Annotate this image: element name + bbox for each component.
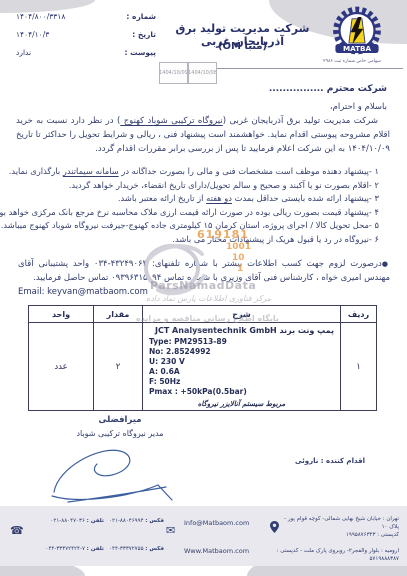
letter-date-value: ۱۴۰۴/۱۰/۳ bbox=[16, 30, 49, 39]
intro-paragraph: شرکت مدیریت تولید برق آذربایجان غربی (نی… bbox=[16, 114, 390, 156]
signer-name: میرافضلی bbox=[58, 415, 182, 425]
spec-frequency: F: 50Hz bbox=[149, 377, 334, 387]
item-4-text: ۴ -پیشنهاد قیمت بصورت ریالی بوده در صورت… bbox=[0, 207, 379, 217]
phone-icon: ☎ bbox=[10, 524, 24, 537]
stamp-date-2: 1404/10/08 bbox=[188, 62, 217, 84]
cell-description: پمپ ونت برند JCT Analysentechnik GmbH Ty… bbox=[143, 323, 341, 411]
item-2-text: ۲ -اقلام بصورت نو یا آکبند و صحیح و سالم… bbox=[69, 180, 379, 190]
condition-item-2: ۲ -اقلام بصورت نو یا آکبند و صحیح و سالم… bbox=[6, 179, 379, 193]
header-row-number: ردیف bbox=[341, 306, 377, 323]
letter-page: شماره : ۱۴۰۴/۸۰۰/۳۳۱۸ تاریخ : ۱۴۰۴/۱۰/۳ … bbox=[0, 0, 407, 576]
location-pin-icon bbox=[270, 521, 279, 536]
item-title: پمپ ونت برند JCT Analysentechnik GmbH bbox=[149, 326, 334, 335]
item-1-underline: سامانه سیماتندر bbox=[63, 166, 119, 176]
intro-plant-name: نیروگاه ترکیبی شوباد کهنوج bbox=[120, 116, 222, 126]
footer-fax-2: فکس : ۰۴۴-۳۳۳۷۲۷۵۵ bbox=[106, 546, 164, 552]
footer-address-tehran-postal: کدپستی : ۱۹۹۵۸۷۶۳۴۳ bbox=[281, 531, 399, 539]
cell-quantity: ۲ bbox=[94, 323, 143, 411]
letter-attachment-row: پیوست : ندارد bbox=[16, 48, 156, 66]
footer-website: Www.Matbaom.com bbox=[184, 547, 256, 555]
footer-fax-1: فکس : ۰۲۱-۸۸۰۴۶۹۹۴ bbox=[106, 518, 164, 524]
letter-attachment-value: ندارد bbox=[16, 48, 31, 57]
contact-paragraph: ●درصورت لزوم جهت کسب اطلاعات بیشتر با شم… bbox=[18, 257, 390, 285]
contact-phone-mobile: ۰۹۳۹۶۳۱۵۰۹۴ bbox=[111, 273, 161, 283]
spec-voltage: U: 230 V bbox=[149, 357, 334, 367]
spec-no: No: 2.8524992 bbox=[149, 347, 334, 357]
contact-post: تماس حاصل فرمایید. bbox=[33, 273, 111, 283]
condition-item-1: ۱ -پیشنهاد دهنده موظف است مشخصات فنی و م… bbox=[6, 165, 379, 179]
footer-tel-2-label: تلفن : bbox=[87, 546, 104, 552]
matba-logo-icon: MATBA bbox=[330, 6, 384, 64]
conditions-list: ۱ -پیشنهاد دهنده موظف است مشخصات فنی و م… bbox=[6, 165, 379, 247]
items-table: ردیف شرح مقدار واحد ۱ پمپ ونت برند JCT A… bbox=[28, 305, 377, 411]
item-3-post: از تاریخ ارائه معتبر باشد. bbox=[118, 193, 206, 203]
footer-tel-1: تلفن : ۰۲۱-۸۸۰۴۷۰۳۶ bbox=[26, 518, 104, 524]
footer-fax-2-value: ۰۴۴-۳۳۳۷۲۷۵۵ bbox=[109, 546, 143, 552]
item-1-text: ۱ -پیشنهاد دهنده موظف است مشخصات فنی و م… bbox=[119, 166, 379, 176]
footer-address-tehran: تهران : خیابان شیخ بهایی شمالی- کوچه قوا… bbox=[281, 515, 399, 539]
footer-fax-1-value: ۰۲۱-۸۸۰۴۶۹۹۴ bbox=[109, 518, 143, 524]
letter-number-value: ۱۴۰۴/۸۰۰/۳۳۱۸ bbox=[16, 12, 65, 21]
cell-unit: عدد bbox=[29, 323, 94, 411]
item-3-text: ۳ -پیشنهاد ارائه شده بایستی حداقل بمدت bbox=[232, 193, 379, 203]
table-row: ۱ پمپ ونت برند JCT Analysentechnik GmbH … bbox=[29, 323, 377, 411]
footer-tel-2: تلفن : ۰۴۴-۳۳۳۷۲۴۲۴-۷ bbox=[26, 546, 104, 552]
logo-wordmark: MATBA bbox=[343, 44, 372, 53]
letter-number-row: شماره : ۱۴۰۴/۸۰۰/۳۳۱۸ bbox=[16, 12, 156, 30]
handled-by: اقدام کننده : ناروئی bbox=[295, 457, 365, 465]
letter-number-label: شماره : bbox=[126, 12, 156, 21]
footer-tel-2-value: ۰۴۴-۳۳۳۷۲۴۲۴-۷ bbox=[45, 546, 84, 552]
envelope-icon: ✉ bbox=[166, 524, 175, 537]
contact-email: Email: keyvan@matbaom.com bbox=[18, 287, 148, 297]
footer-address-tehran-line: تهران : خیابان شیخ بهایی شمالی- کوچه قوا… bbox=[281, 515, 399, 531]
table-header-row: ردیف شرح مقدار واحد bbox=[29, 306, 377, 323]
contact-phone-office: ۰۳۴-۴۳۲۴۹۰۶۳ bbox=[94, 259, 147, 269]
item-1-post: بارگذاری نماید. bbox=[9, 166, 63, 176]
condition-item-4: ۴ -پیشنهاد قیمت بصورت ریالی بوده در صورت… bbox=[6, 206, 379, 220]
spec-type: Type: PM29513-89 bbox=[149, 337, 334, 347]
salutation: باسلام و احترام، bbox=[330, 102, 387, 112]
registration-line: سهامی خاص شماره ثبت ۲۹۸۶ bbox=[300, 59, 404, 64]
footer-address-urmia: ارومیه : بلوار والفجر۲- روبروی پارک ملت … bbox=[275, 547, 399, 563]
footer-fax-2-label: فکس : bbox=[145, 546, 164, 552]
spec-pressure: Pmax : +50kPa(0.5bar) bbox=[149, 387, 334, 397]
footer-email: Info@Matbaom.com bbox=[184, 519, 256, 527]
spec-current: A: 0.6A bbox=[149, 367, 334, 377]
condition-item-3: ۳ -پیشنهاد ارائه شده بایستی حداقل بمدت د… bbox=[6, 192, 379, 206]
footer-tel-1-value: ۰۲۱-۸۸۰۴۷۰۳۶ bbox=[50, 518, 84, 524]
recipient-line: شرکت محترم ................ bbox=[269, 84, 387, 94]
item-3-underline: دو هفته bbox=[206, 193, 232, 203]
header-quantity: مقدار bbox=[94, 306, 143, 323]
item-6-text: ۶ -نیروگاه در رد یا قبول هریک از پیشنهاد… bbox=[172, 234, 379, 244]
watermark-line-1: مرکز فناوری اطلاعات پارس نماد داده bbox=[146, 294, 271, 303]
contact-pre: درصورت لزوم جهت کسب اطلاعات بیشتر با شما… bbox=[147, 259, 382, 269]
condition-item-6: ۶ -نیروگاه در رد یا قبول هریک از پیشنهاد… bbox=[6, 233, 379, 247]
letter-meta: شماره : ۱۴۰۴/۸۰۰/۳۳۱۸ تاریخ : ۱۴۰۴/۱۰/۳ … bbox=[16, 12, 156, 66]
condition-item-5: ۵ -محل تحویل کالا / اجرای پروژه، استان ک… bbox=[6, 219, 379, 233]
signer-title: مدیر نیروگاه ترکیبی شوباد bbox=[40, 429, 200, 438]
item-5-text: ۵ -محل تحویل کالا / اجرای پروژه، استان ک… bbox=[1, 220, 379, 230]
signature-scribble-icon bbox=[38, 440, 178, 516]
bullet-icon: ● bbox=[382, 260, 390, 268]
item-note: مربوط سیستم آنالایزر نیروگاه bbox=[149, 400, 334, 408]
footer-fax-1-label: فکس : bbox=[145, 518, 164, 524]
company-subtitle: (متبا OM) bbox=[150, 41, 335, 52]
letter-date-row: تاریخ : ۱۴۰۴/۱۰/۳ bbox=[16, 30, 156, 48]
stamp-date-boxes: 1404/10/09 1404/10/08 bbox=[159, 62, 217, 84]
stamp-date-1: 1404/10/09 bbox=[159, 62, 188, 84]
intro-pre: شرکت مدیریت تولید برق آذربایجان غربی ( bbox=[223, 116, 378, 126]
cell-row-number: ۱ bbox=[341, 323, 377, 411]
footer-tel-1-label: تلفن : bbox=[87, 518, 104, 524]
item-specs: Type: PM29513-89 No: 2.8524992 U: 230 V … bbox=[149, 337, 334, 397]
header-description: شرح bbox=[143, 306, 341, 323]
header-unit: واحد bbox=[29, 306, 94, 323]
